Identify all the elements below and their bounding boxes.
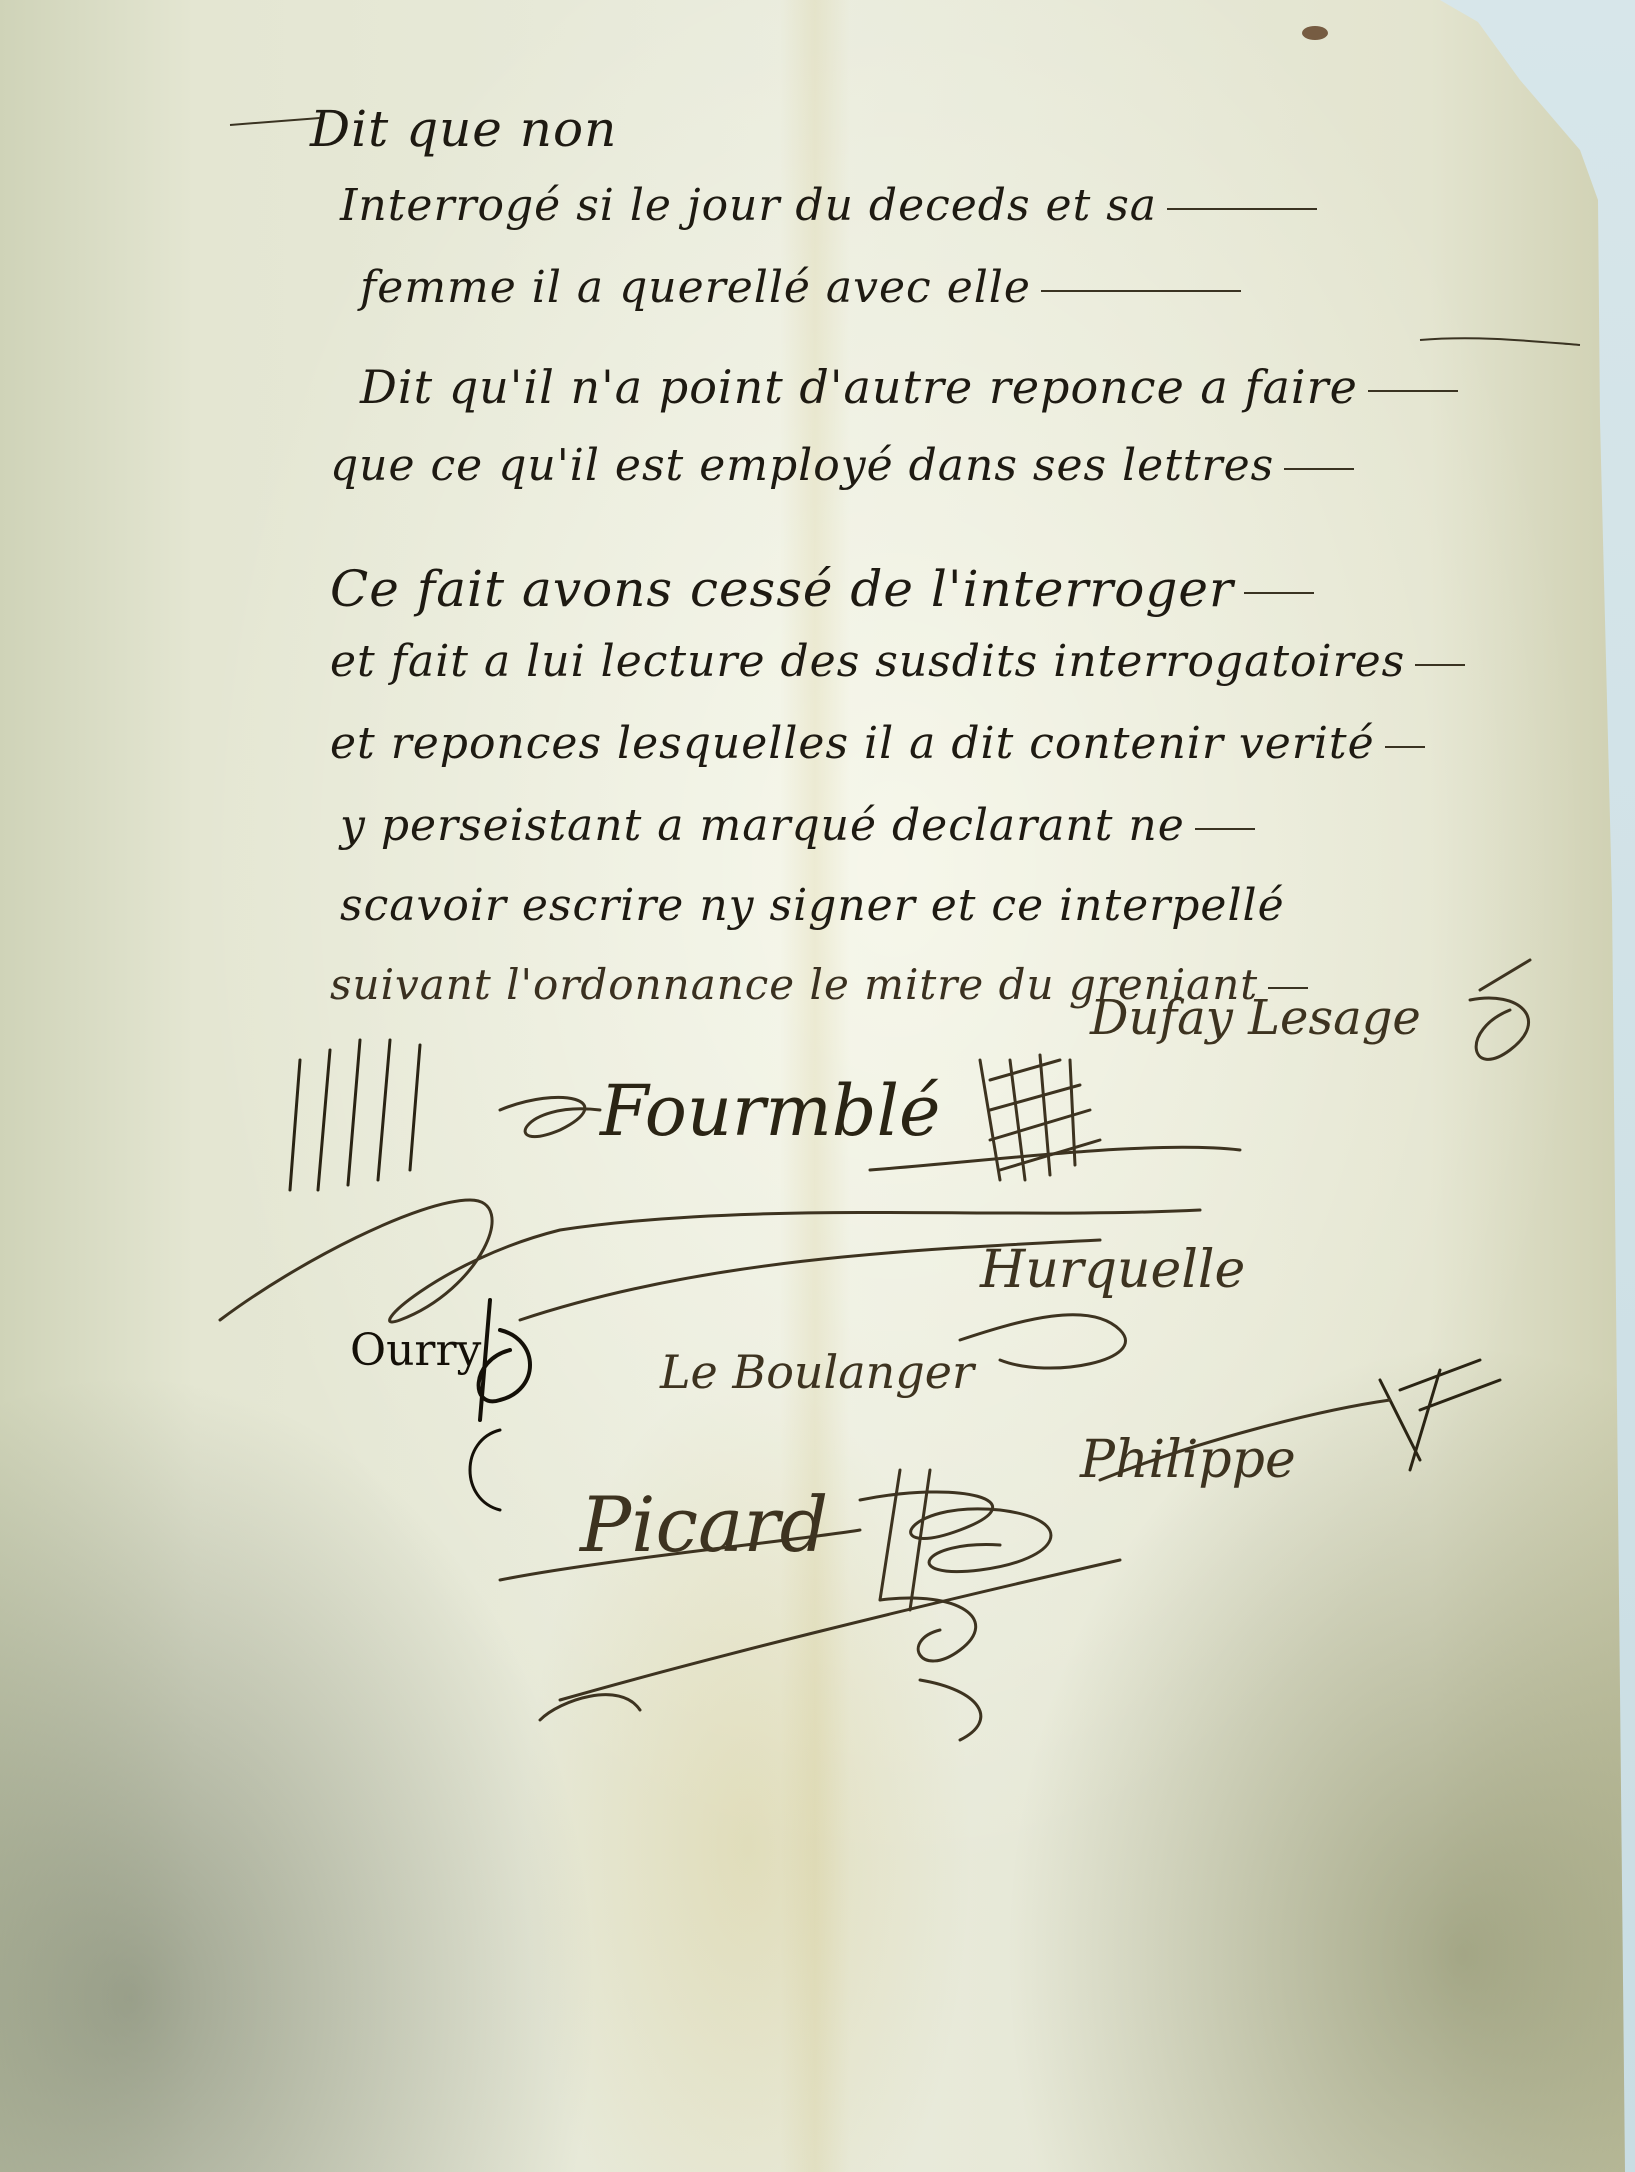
signature-text: Fourmblé xyxy=(600,1070,940,1152)
text-line-4: Dit qu'il n'a point d'autre reponce a fa… xyxy=(360,360,1458,414)
line-text: femme il a querellé avec elle xyxy=(360,262,1031,313)
line-filler-dash xyxy=(1167,208,1317,210)
signature-text: Philippe xyxy=(1080,1430,1296,1490)
line-text: et reponces lesquelles il a dit contenir… xyxy=(330,718,1375,769)
line-filler-dash xyxy=(1284,468,1354,470)
text-line-9: y perseistant a marqué declarant ne xyxy=(340,800,1255,851)
text-line-2: Interrogé si le jour du deceds et sa xyxy=(340,180,1317,231)
line-filler-dash xyxy=(1368,390,1458,392)
line-filler-dash xyxy=(1385,746,1425,748)
line-text: Dit que non xyxy=(310,100,617,158)
signature-text: Picard xyxy=(580,1480,828,1569)
line-text: y perseistant a marqué declarant ne xyxy=(340,800,1185,851)
signature-text: Le Boulanger xyxy=(660,1345,974,1399)
line-filler-dash xyxy=(1268,987,1308,989)
line-text: Dit qu'il n'a point d'autre reponce a fa… xyxy=(360,360,1358,414)
text-line-10: scavoir escrire ny signer et ce interpel… xyxy=(340,880,1285,931)
signature-le-boulanger: Le Boulanger xyxy=(660,1345,974,1399)
signature-picard: Picard xyxy=(580,1480,828,1569)
line-filler-dash xyxy=(1244,592,1314,594)
signature-dufay-lesage: Dufay Lesage xyxy=(1090,990,1421,1046)
line-text: Ce fait avons cessé de l'interroger xyxy=(330,560,1234,618)
line-filler-dash xyxy=(1041,290,1241,292)
line-text: et fait a lui lecture des susdits interr… xyxy=(330,636,1405,687)
text-line-5: que ce qu'il est employé dans ses lettre… xyxy=(330,440,1354,491)
signature-hurquelle: Hurquelle xyxy=(980,1240,1245,1300)
line-text: scavoir escrire ny signer et ce interpel… xyxy=(340,880,1285,931)
line-text: que ce qu'il est employé dans ses lettre… xyxy=(330,440,1274,491)
signature-fourmble: Fourmblé xyxy=(600,1070,940,1152)
line-filler-dash xyxy=(1195,828,1255,830)
ink-blot xyxy=(1302,26,1328,40)
signature-philippe: Philippe xyxy=(1080,1430,1296,1490)
signature-ourry: Ourry xyxy=(350,1325,481,1376)
text-line-7: et fait a lui lecture des susdits interr… xyxy=(330,636,1465,687)
signature-text: Hurquelle xyxy=(980,1240,1245,1300)
signature-text: Dufay Lesage xyxy=(1090,990,1421,1046)
text-line-8: et reponces lesquelles il a dit contenir… xyxy=(330,718,1425,769)
line-text: Interrogé si le jour du deceds et sa xyxy=(340,180,1157,231)
text-line-6: Ce fait avons cessé de l'interroger xyxy=(330,560,1314,618)
text-line-3: femme il a querellé avec elle xyxy=(360,262,1241,313)
line-filler-dash xyxy=(1415,664,1465,666)
text-line-1: Dit que non xyxy=(310,100,617,158)
signature-text: Ourry xyxy=(350,1325,481,1376)
